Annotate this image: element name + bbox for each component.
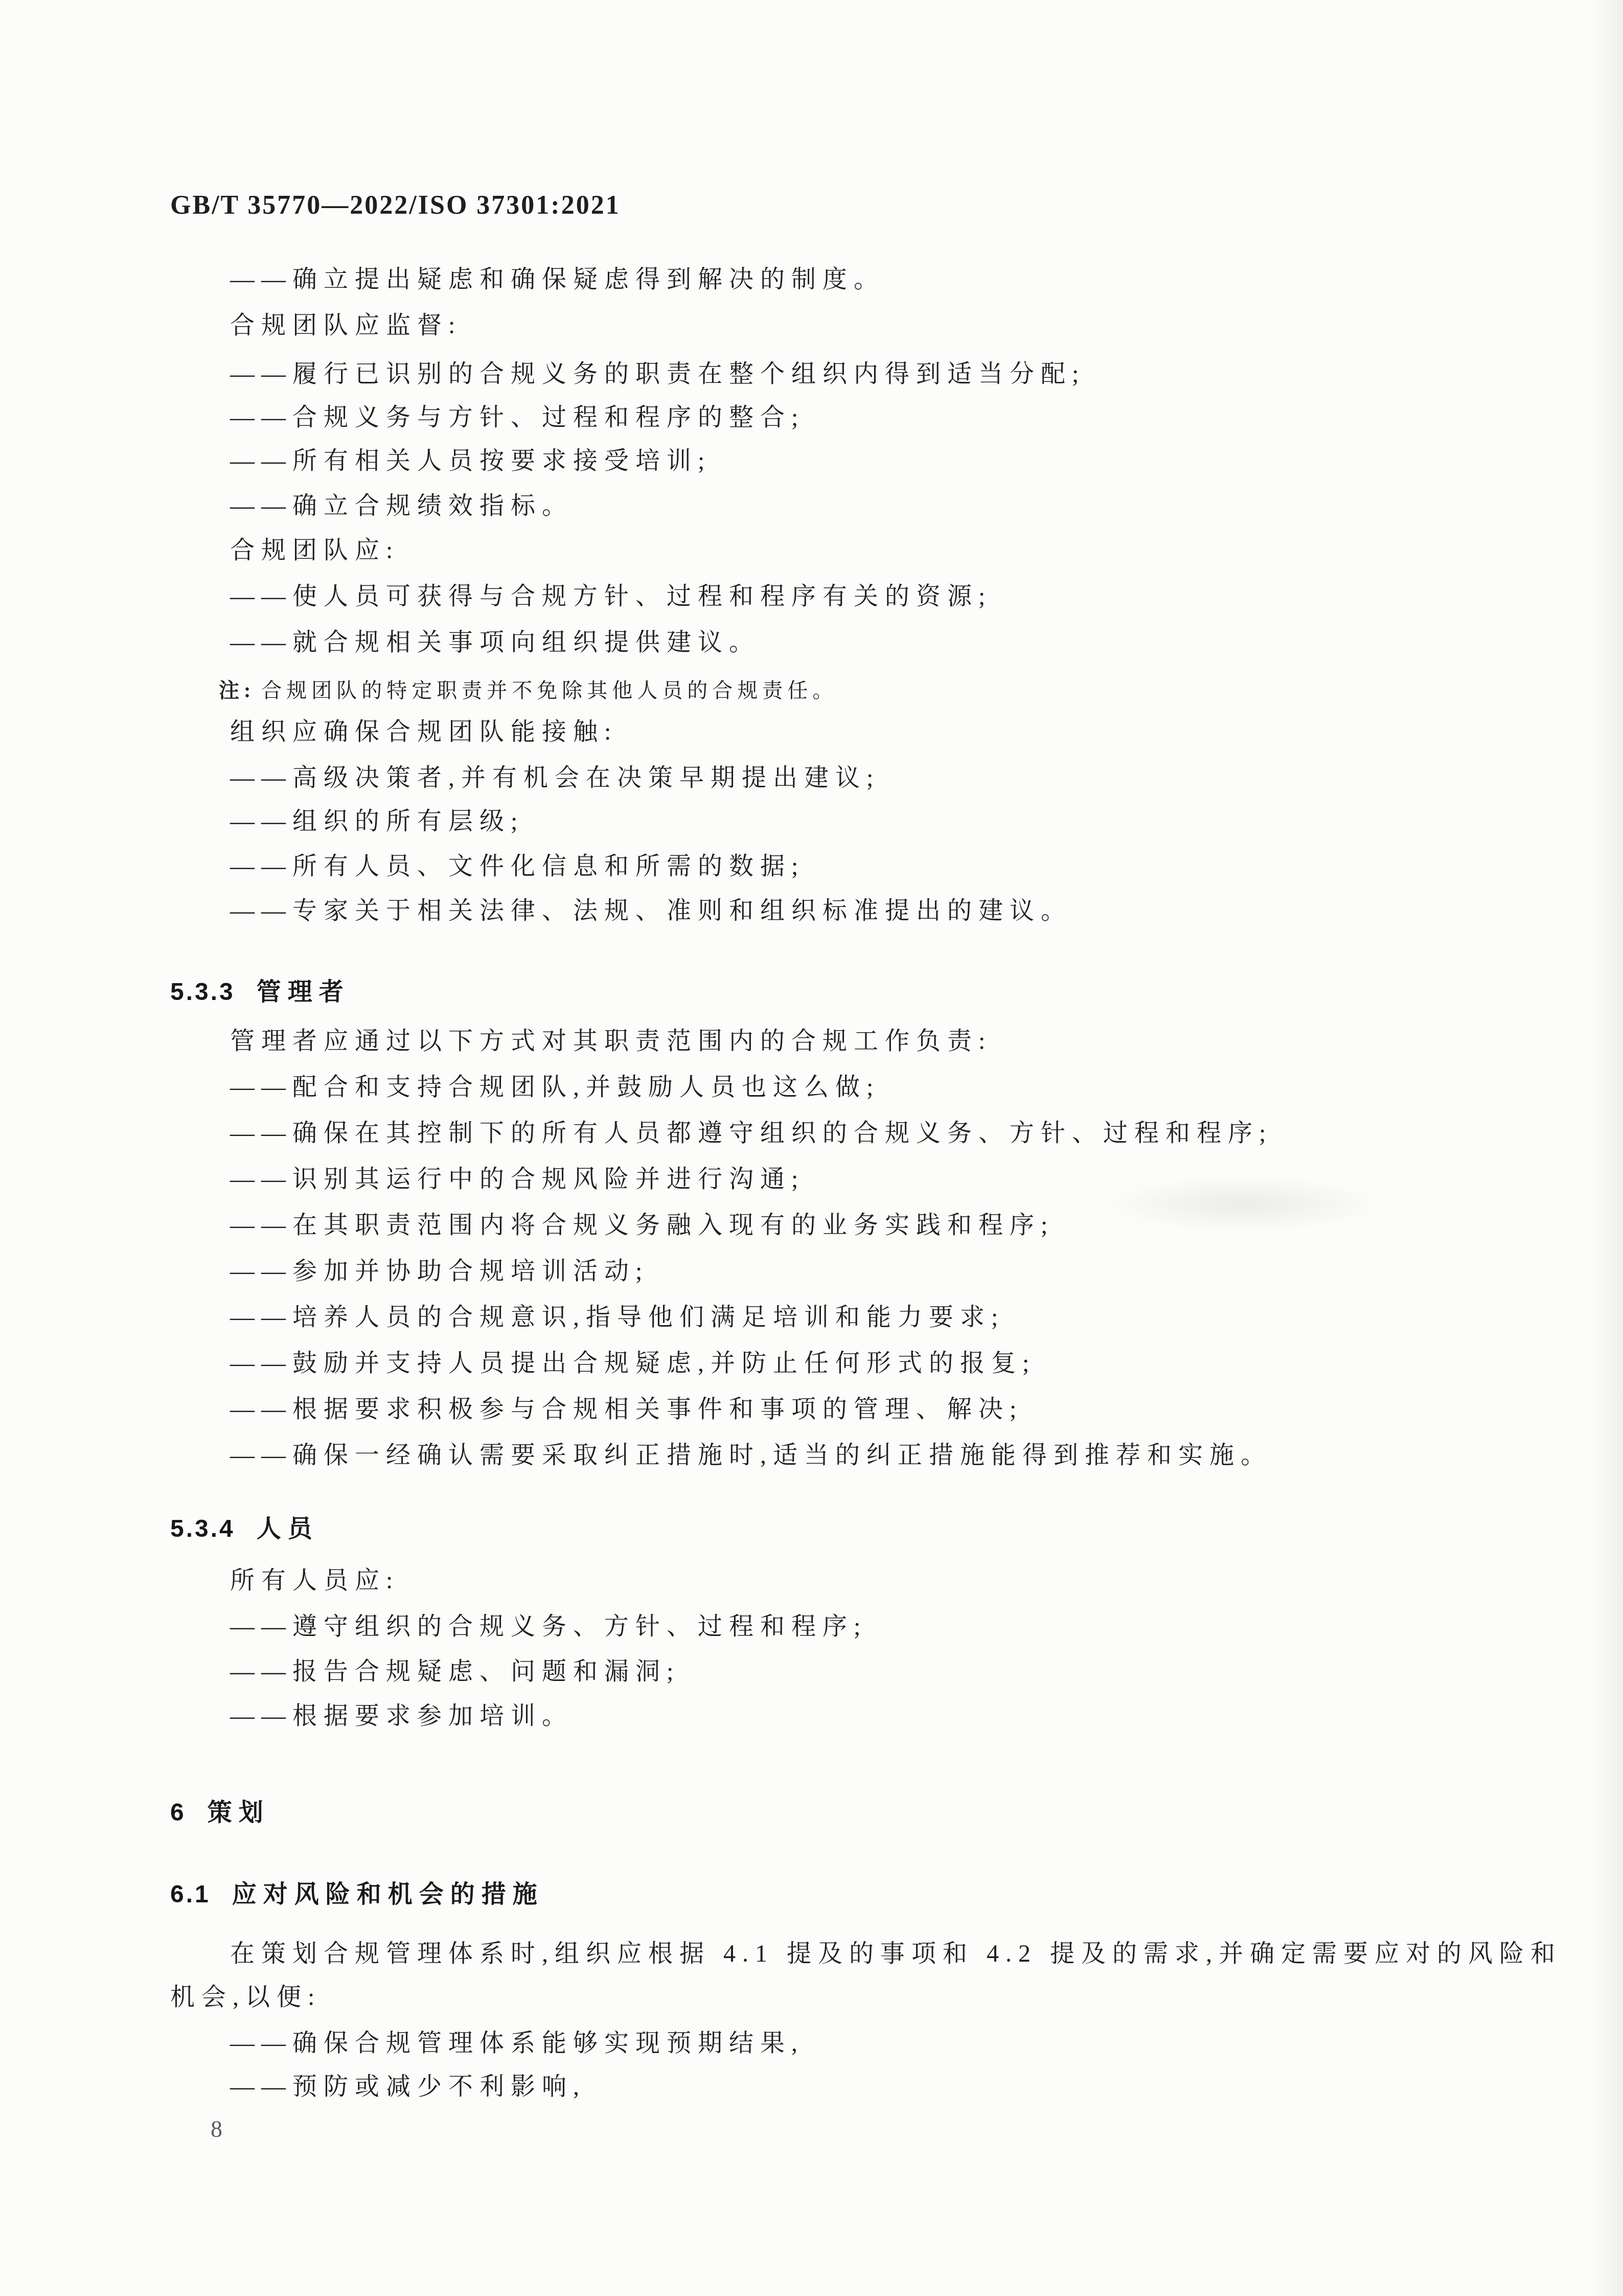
list-item: ——使人员可获得与合规方针、过程和程序有关的资源;: [230, 583, 992, 610]
list-item: ——遵守组织的合规义务、方针、过程和程序;: [230, 1613, 867, 1640]
list-item: ——合规义务与方针、过程和程序的整合;: [230, 404, 805, 431]
list-item: ——所有相关人员按要求接受培训;: [230, 448, 711, 474]
list-item: ——所有人员、文件化信息和所需的数据;: [230, 853, 805, 880]
section-title: 管理者: [257, 979, 350, 1006]
paragraph-continuation: 机会,以便:: [170, 1984, 321, 2011]
list-item: ——专家关于相关法律、法规、准则和组织标准提出的建议。: [230, 898, 1072, 924]
note-label: 注:: [219, 679, 255, 702]
paragraph: 合规团队应:: [230, 537, 399, 564]
paragraph: 在策划合规管理体系时,组织应根据 4.1 提及的事项和 4.2 提及的需求,并确…: [230, 1941, 1562, 1967]
section-heading-6-1: 6.1应对风险和机会的措施: [170, 1874, 544, 1909]
list-item: ——在其职责范围内将合规义务融入现有的业务实践和程序;: [230, 1212, 1054, 1239]
scan-edge-shade: [1592, 0, 1623, 2296]
section-heading-5-3-3: 5.3.3管理者: [170, 972, 350, 1007]
scan-smudge: [1099, 1176, 1385, 1232]
list-item: ——识别其运行中的合规风险并进行沟通;: [230, 1166, 805, 1193]
list-item: ——就合规相关事项向组织提供建议。: [230, 629, 760, 656]
list-item: ——确保在其控制下的所有人员都遵守组织的合规义务、方针、过程和程序;: [230, 1120, 1272, 1147]
page-number: 8: [211, 2116, 222, 2143]
list-item: ——履行已识别的合规义务的职责在整个组织内得到适当分配;: [230, 361, 1085, 388]
paragraph: 合规团队应监督:: [230, 312, 462, 339]
note-text: 合规团队的特定职责并不免除其他人员的合规责任。: [261, 679, 837, 702]
list-item: ——培养人员的合规意识,指导他们满足培训和能力要求;: [230, 1304, 1004, 1331]
list-item: ——预防或减少不利影响,: [230, 2074, 586, 2100]
paragraph: 管理者应通过以下方式对其职责范围内的合规工作负责:: [230, 1028, 992, 1055]
list-item: ——参加并协助合规培训活动;: [230, 1258, 649, 1285]
section-number: 5.3.4: [170, 1515, 235, 1542]
list-item: ——组织的所有层级;: [230, 808, 524, 835]
section-number: 6.1: [170, 1881, 211, 1908]
document-page: GB/T 35770—2022/ISO 37301:2021 ——确立提出疑虑和…: [0, 0, 1623, 2296]
chapter-number: 6: [170, 1799, 186, 1826]
list-item: ——确立合规绩效指标。: [230, 493, 573, 519]
chapter-heading-6: 6策划: [170, 1792, 270, 1828]
list-item: ——配合和支持合规团队,并鼓励人员也这么做;: [230, 1074, 880, 1101]
paragraph: 所有人员应:: [230, 1567, 399, 1594]
section-heading-5-3-4: 5.3.4人员: [170, 1509, 319, 1544]
chapter-title: 策划: [208, 1799, 270, 1826]
note-line: 注:合规团队的特定职责并不免除其他人员的合规责任。: [219, 677, 837, 704]
list-item: ——确保一经确认需要采取纠正措施时,适当的纠正措施能得到推荐和实施。: [230, 1442, 1272, 1469]
paragraph: 组织应确保合规团队能接触:: [230, 719, 618, 745]
list-item: ——根据要求参加培训。: [230, 1703, 573, 1730]
standard-code-header: GB/T 35770—2022/ISO 37301:2021: [170, 190, 621, 220]
list-item: ——高级决策者,并有机会在决策早期提出建议;: [230, 765, 880, 791]
section-title: 应对风险和机会的措施: [232, 1881, 544, 1908]
section-number: 5.3.3: [170, 979, 235, 1006]
list-item: ——报告合规疑虑、问题和漏洞;: [230, 1658, 680, 1685]
list-item: ——确立提出疑虑和确保疑虑得到解决的制度。: [230, 266, 885, 293]
list-item: ——鼓励并支持人员提出合规疑虑,并防止任何形式的报复;: [230, 1350, 1036, 1377]
section-title: 人员: [257, 1515, 319, 1542]
list-item: ——根据要求积极参与合规相关事件和事项的管理、解决;: [230, 1396, 1023, 1423]
list-item: ——确保合规管理体系能够实现预期结果,: [230, 2030, 804, 2057]
